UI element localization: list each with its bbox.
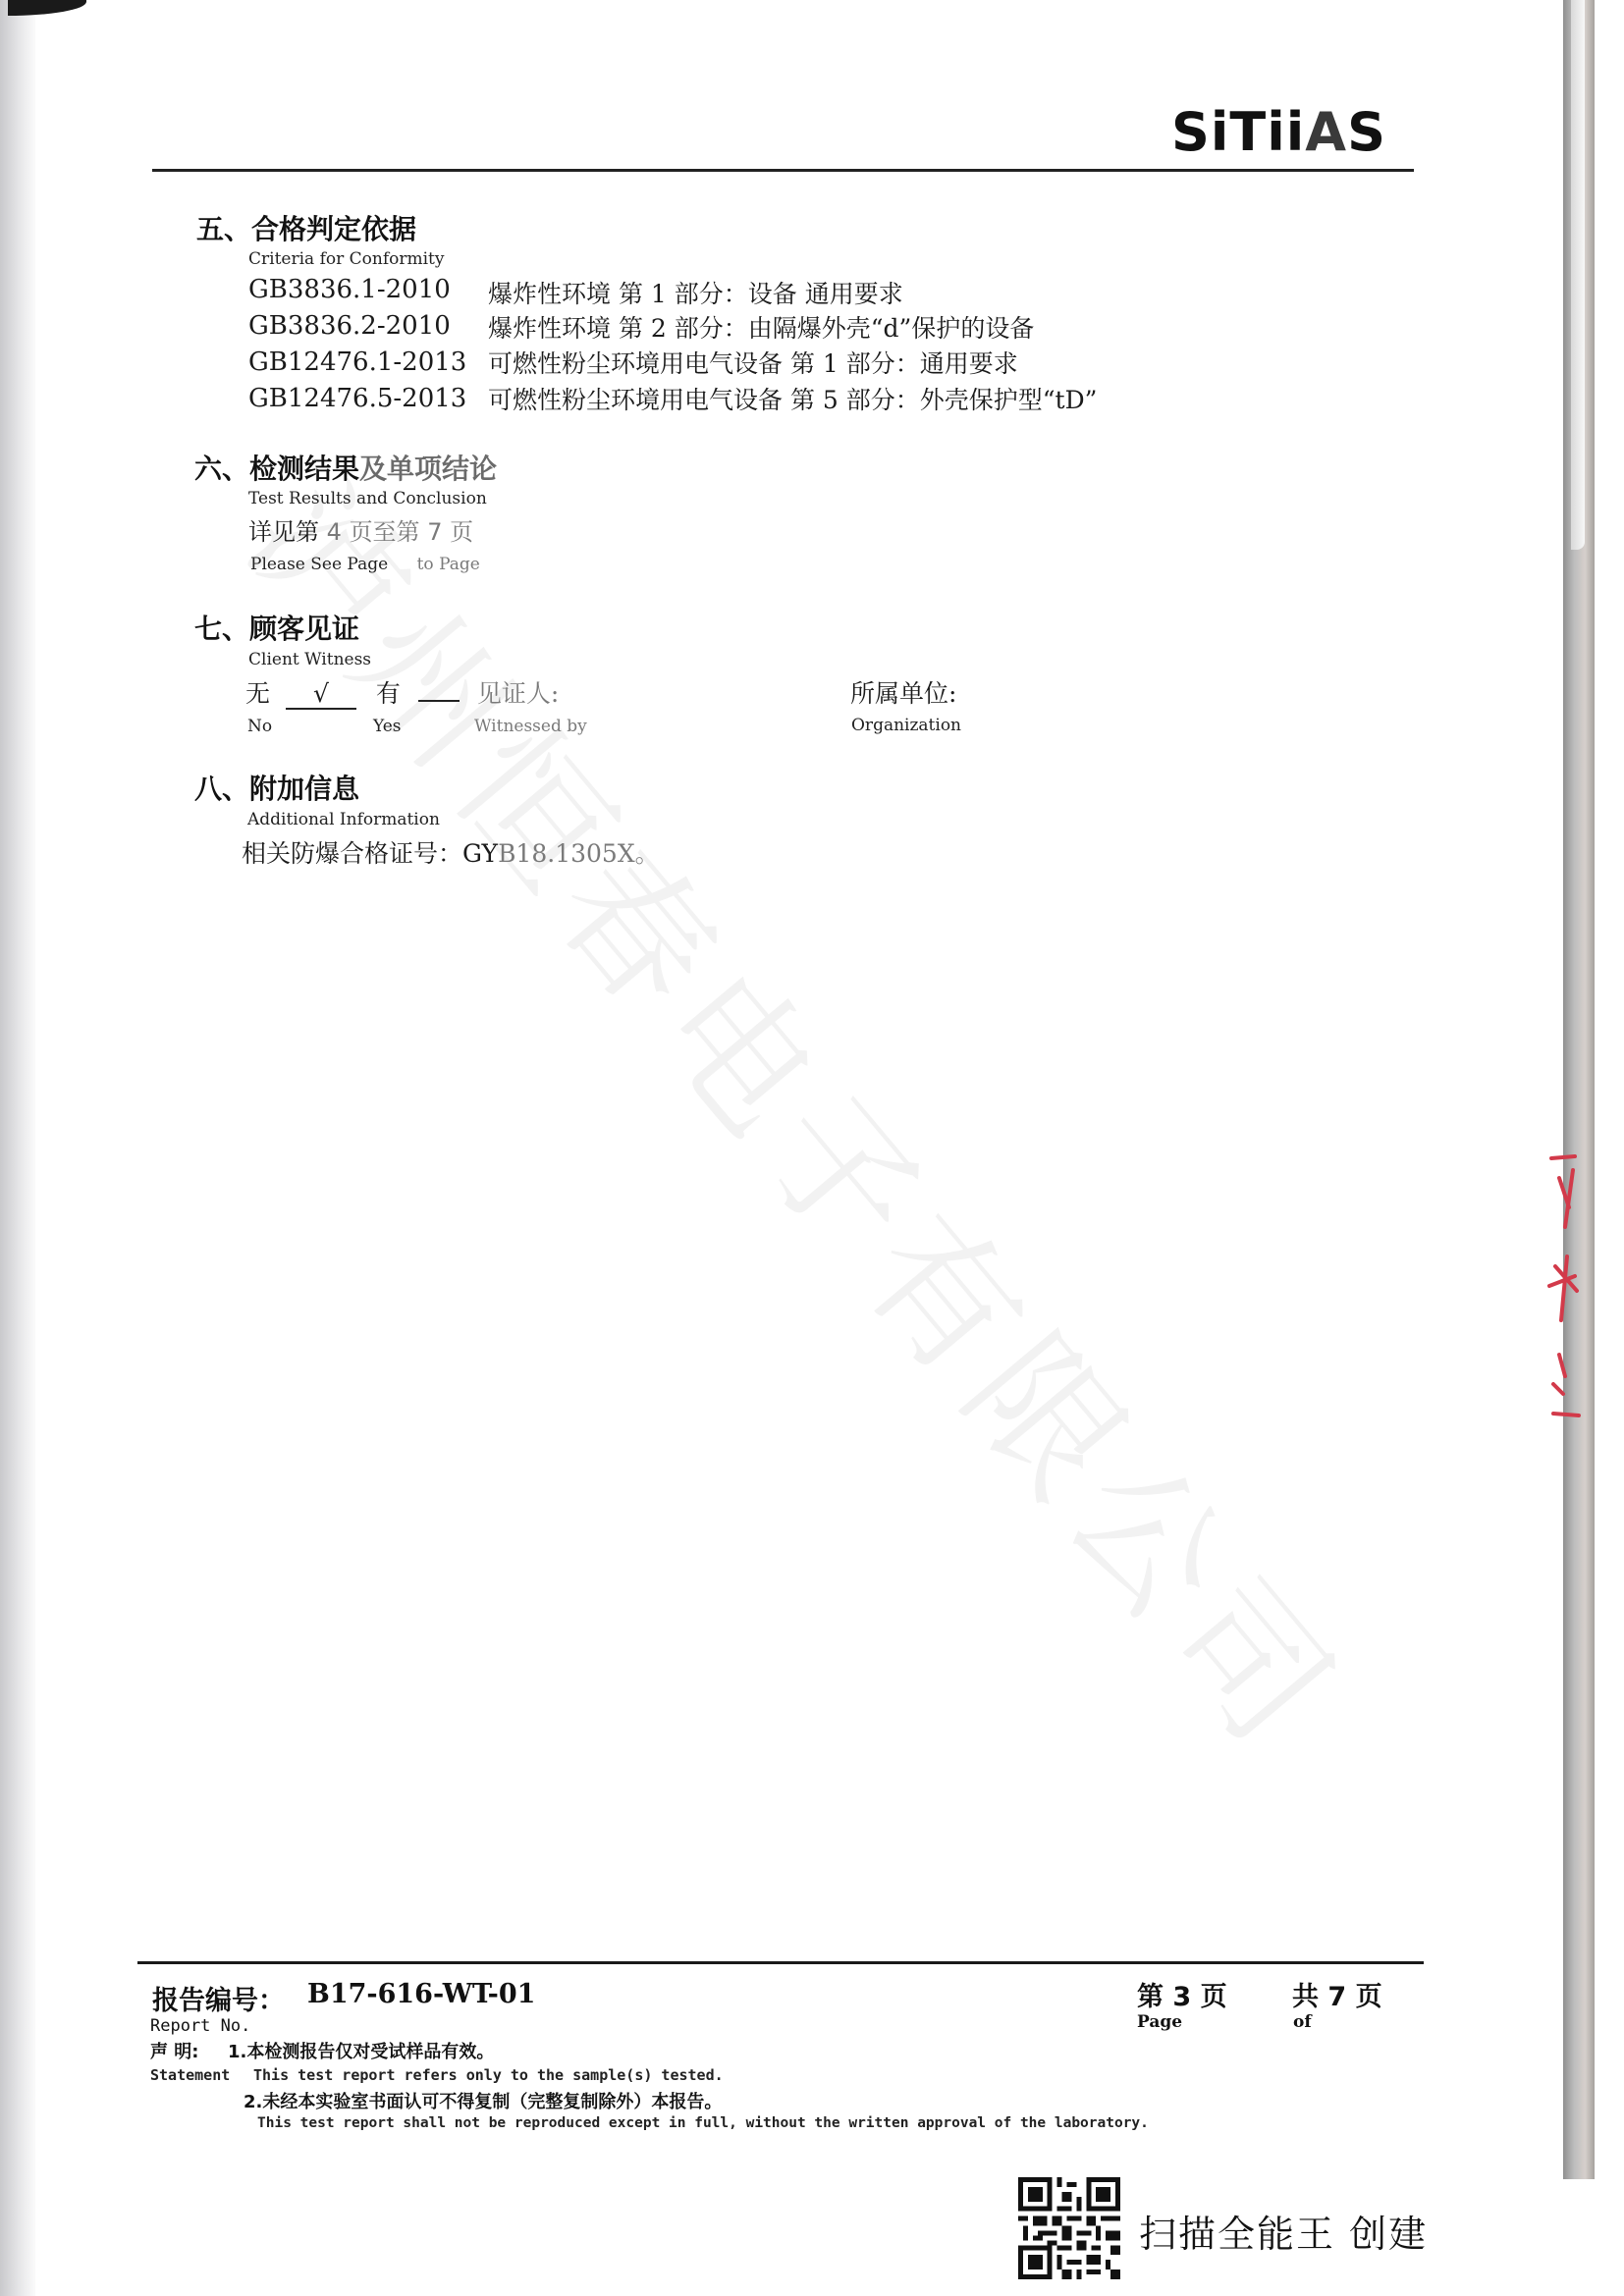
witness-en-no: No xyxy=(247,717,272,736)
report-number-label: 报告编号： xyxy=(152,1979,285,2017)
results-en-please: Please See Page xyxy=(250,555,388,574)
scan-page-curl xyxy=(8,0,86,16)
witness-yes-checkbox[interactable] xyxy=(418,700,460,702)
total-unit: 页 xyxy=(1356,1982,1382,2012)
results-page-range: 详见第 4 页至第 7 页 xyxy=(248,512,473,547)
statement-1-en: This test report refers only to the samp… xyxy=(253,2066,724,2084)
section-results-subtitle: Test Results and Conclusion xyxy=(248,489,487,508)
red-seal-stamp-fragment xyxy=(1545,1119,1585,1433)
witness-en-witnessed-by: Witnessed by xyxy=(474,717,587,736)
total-pages-indicator: 共 7 页 xyxy=(1292,1975,1382,2013)
logo-accent-icon: A xyxy=(1305,101,1347,163)
report-number-en: Report No. xyxy=(150,2016,250,2036)
witness-en-organization: Organization xyxy=(851,716,961,735)
page-en: Page xyxy=(1137,2012,1182,2032)
page-total: 7 xyxy=(1327,1982,1346,2012)
company-logo: SiTiiAS xyxy=(1171,101,1386,163)
results-to-page: 7 xyxy=(427,518,442,546)
standard-description: 可燃性粉尘环境用电气设备 第 1 部分：通用要求 xyxy=(488,345,1018,380)
qr-code-icon[interactable] xyxy=(1018,2177,1120,2279)
page-unit: 页 xyxy=(1201,1982,1227,2012)
section-results-title-rest: 及单项结论 xyxy=(359,453,497,485)
report-number: B17-616-WT-01 xyxy=(307,1979,535,2009)
page-label: 第 xyxy=(1137,1982,1164,2012)
scan-left-shadow xyxy=(0,0,35,2296)
statement-1-zh: 1.本检测报告仅对受试样品有效。 xyxy=(228,2038,494,2063)
of-en: of xyxy=(1293,2012,1312,2032)
witness-options: 无 √ 有 见证人: xyxy=(245,674,559,710)
section-additional-title: 八、附加信息 xyxy=(194,768,359,807)
standard-code: GB12476.1-2013 xyxy=(248,347,466,377)
standard-description: 可燃性粉尘环境用电气设备 第 5 部分：外壳保护型“tD” xyxy=(488,381,1097,416)
organization-label: 所属单位: xyxy=(850,674,956,710)
statement-label: 声 明: xyxy=(150,2038,198,2063)
section-results-title: 六、检测结果及单项结论 xyxy=(194,448,497,487)
statement-2-zh: 2.未经本实验室书面认可不得复制（完整复制除外）本报告。 xyxy=(244,2088,722,2113)
scanner-badge-text: 扫描全能王 创建 xyxy=(1139,2204,1428,2258)
total-label: 共 xyxy=(1292,1982,1319,2012)
statement-2-en: This test report shall not be reproduced… xyxy=(257,2115,1149,2131)
logo-text-prefix: SiTii xyxy=(1171,101,1305,163)
watermark: 泸州恒春电子有限公司 xyxy=(268,432,1257,1573)
results-mid: 页至第 xyxy=(350,518,420,546)
section-additional-subtitle: Additional Information xyxy=(247,810,440,829)
results-prefix: 详见第 xyxy=(248,518,319,546)
statement-en-label: Statement xyxy=(150,2066,230,2084)
logo-text-suffix: S xyxy=(1347,101,1386,163)
witnessed-by-label: 见证人: xyxy=(477,679,559,708)
section-results-title-main: 六、检测结果 xyxy=(194,453,359,485)
page-current: 3 xyxy=(1172,1982,1191,2012)
certificate-number-prefix: GY xyxy=(462,839,498,868)
results-from-page: 4 xyxy=(327,518,342,546)
certificate-number-line: 相关防爆合格证号：GYB18.1305X。 xyxy=(242,834,660,870)
certificate-label: 相关防爆合格证号： xyxy=(242,839,462,868)
header-divider xyxy=(152,169,1414,172)
witness-yes-label: 有 xyxy=(376,679,401,708)
standard-description: 爆炸性环境 第 1 部分：设备 通用要求 xyxy=(488,275,903,310)
certificate-number-rest: B18.1305X。 xyxy=(498,839,660,868)
witness-no-checkbox[interactable]: √ xyxy=(286,679,356,710)
witness-no-label: 无 xyxy=(245,679,270,708)
standard-description: 爆炸性环境 第 2 部分：由隔爆外壳“d”保护的设备 xyxy=(488,309,1034,345)
results-suffix: 页 xyxy=(450,518,473,546)
standard-code: GB3836.2-2010 xyxy=(248,311,451,341)
page-indicator: 第 3 页 xyxy=(1137,1975,1227,2013)
section-criteria-title: 五、合格判定依据 xyxy=(196,208,416,247)
results-en-to: to Page xyxy=(417,555,480,574)
section-witness-subtitle: Client Witness xyxy=(248,650,371,669)
footer-divider xyxy=(137,1961,1424,1964)
section-witness-title: 七、顾客见证 xyxy=(194,608,359,647)
witness-en-yes: Yes xyxy=(373,717,402,736)
section-criteria-subtitle: Criteria for Conformity xyxy=(248,249,444,269)
standard-code: GB3836.1-2010 xyxy=(248,275,451,304)
results-page-range-en: Please See Page to Page xyxy=(250,555,480,574)
standard-code: GB12476.5-2013 xyxy=(248,384,466,413)
scan-right-margin xyxy=(1595,0,1624,2296)
scan-right-edge-highlight xyxy=(1571,0,1585,550)
